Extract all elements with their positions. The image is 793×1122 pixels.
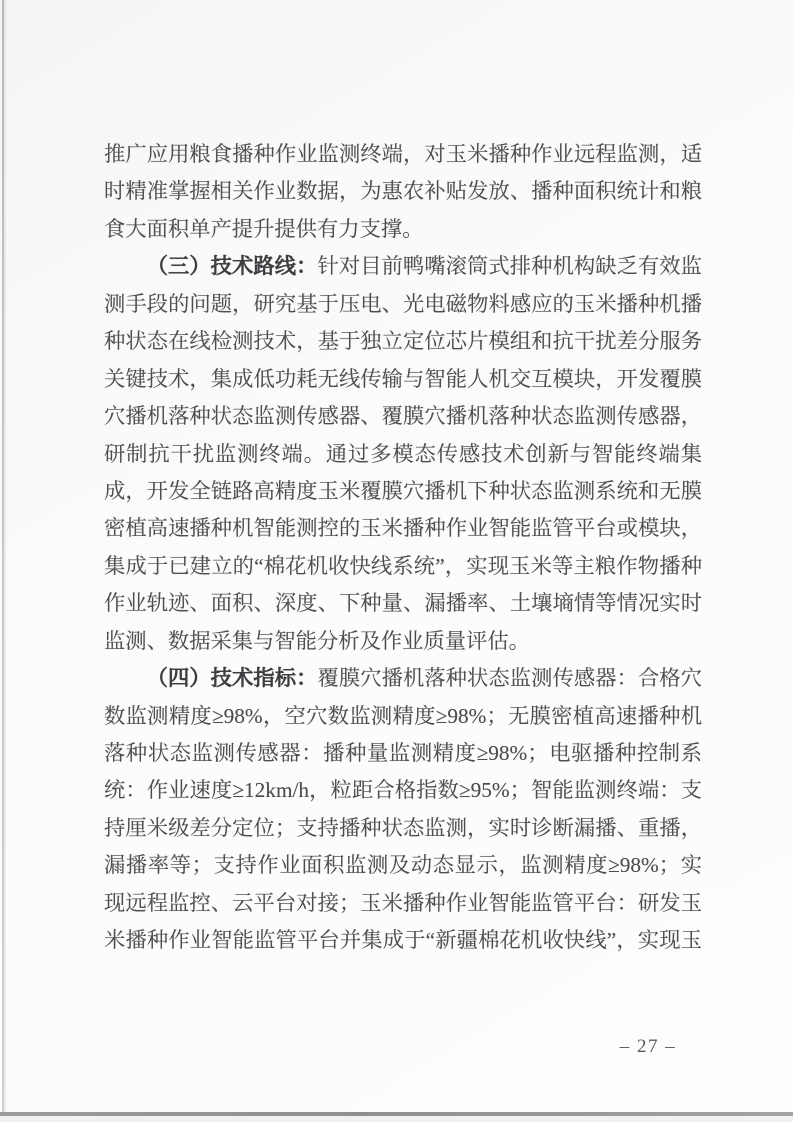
text-line: 米播种作业智能监管平台并集成于“新疆棉花机收快线”，实现玉 <box>104 922 702 959</box>
text-line: 密植高速播种机智能测控的玉米播种作业智能监管平台或模块， <box>104 510 702 547</box>
document-body: 推广应用粮食播种作业监测终端，对玉米播种作业远程监测，适 时精准掌握相关作业数据… <box>104 136 702 960</box>
text-line: 穴播机落种状态监测传感器、覆膜穴播机落种状态监测传感器， <box>104 398 702 435</box>
line-text: 现远程监控、云平台对接；玉米播种作业智能监管平台：研发玉 <box>104 891 702 915</box>
line-text: 研制抗干扰监测终端。通过多模态传感技术创新与智能终端集 <box>104 442 702 466</box>
line-text: 统：作业速度≥12km/h，粒距合格指数≥95%；智能监测终端：支 <box>104 778 702 802</box>
text-line: 推广应用粮食播种作业监测终端，对玉米播种作业远程监测，适 <box>104 136 702 173</box>
text-line: 现远程监控、云平台对接；玉米播种作业智能监管平台：研发玉 <box>104 885 702 922</box>
scan-edge-bottom-margin <box>0 1116 793 1122</box>
text-line: 成，开发全链路高精度玉米覆膜穴播机下种状态监测系统和无膜 <box>104 473 702 510</box>
scan-edge-left-shadow <box>4 0 7 1112</box>
line-text: 覆膜穴播机落种状态监测传感器：合格穴 <box>318 666 702 690</box>
text-line: 时精准掌握相关作业数据，为惠农补贴发放、播种面积统计和粮 <box>104 173 702 210</box>
line-text: 漏播率等；支持作业面积监测及动态显示，监测精度≥98%；实 <box>104 853 702 877</box>
line-text: 时精准掌握相关作业数据，为惠农补贴发放、播种面积统计和粮 <box>104 179 702 203</box>
text-line: 持厘米级差分定位；支持播种状态监测，实时诊断漏播、重播， <box>104 810 702 847</box>
line-text: 数监测精度≥98%，空穴数监测精度≥98%；无膜密植高速播种机 <box>104 704 702 728</box>
text-line: 集成于已建立的“棉花机收快线系统”，实现玉米等主粮作物播种 <box>104 548 702 585</box>
line-text: 落种状态监测传感器：播种量监测精度≥98%；电驱播种控制系 <box>104 741 702 765</box>
text-line: 统：作业速度≥12km/h，粒距合格指数≥95%；智能监测终端：支 <box>104 772 702 809</box>
text-line: 种状态在线检测技术，基于独立定位芯片模组和抗干扰差分服务 <box>104 323 702 360</box>
text-line: 测手段的问题，研究基于压电、光电磁物料感应的玉米播种机播 <box>104 286 702 323</box>
section-heading-bold: （四）技术指标： <box>147 666 318 690</box>
text-line: 监测、数据采集与智能分析及作业质量评估。 <box>104 623 702 660</box>
line-text: 针对目前鸭嘴滚筒式排种机构缺乏有效监 <box>318 254 702 278</box>
line-text: 集成于已建立的“棉花机收快线系统”，实现玉米等主粮作物播种 <box>104 554 702 578</box>
line-text: 推广应用粮食播种作业监测终端，对玉米播种作业远程监测，适 <box>104 142 702 166</box>
line-text: 米播种作业智能监管平台并集成于“新疆棉花机收快线”，实现玉 <box>104 928 702 952</box>
line-text: 种状态在线检测技术，基于独立定位芯片模组和抗干扰差分服务 <box>104 329 702 353</box>
line-text: 成，开发全链路高精度玉米覆膜穴播机下种状态监测系统和无膜 <box>104 479 702 503</box>
text-line: 关键技术，集成低功耗无线传输与智能人机交互模块，开发覆膜 <box>104 361 702 398</box>
text-line: 作业轨迹、面积、深度、下种量、漏播率、土壤墒情等情况实时 <box>104 585 702 622</box>
text-line-section-heading: （三）技术路线：针对目前鸭嘴滚筒式排种机构缺乏有效监 <box>104 248 702 285</box>
line-text: 监测、数据采集与智能分析及作业质量评估。 <box>104 629 530 653</box>
page-number: – 27 – <box>600 1036 696 1058</box>
line-text: 穴播机落种状态监测传感器、覆膜穴播机落种状态监测传感器， <box>104 404 702 428</box>
text-line: 漏播率等；支持作业面积监测及动态显示，监测精度≥98%；实 <box>104 847 702 884</box>
line-text: 关键技术，集成低功耗无线传输与智能人机交互模块，开发覆膜 <box>104 367 702 391</box>
text-line: 食大面积单产提升提供有力支撑。 <box>104 211 702 248</box>
line-text: 作业轨迹、面积、深度、下种量、漏播率、土壤墒情等情况实时 <box>104 591 702 615</box>
text-line-section-heading: （四）技术指标：覆膜穴播机落种状态监测传感器：合格穴 <box>104 660 702 697</box>
line-text: 测手段的问题，研究基于压电、光电磁物料感应的玉米播种机播 <box>104 292 702 316</box>
text-line: 研制抗干扰监测终端。通过多模态传感技术创新与智能终端集 <box>104 436 702 473</box>
text-line: 数监测精度≥98%，空穴数监测精度≥98%；无膜密植高速播种机 <box>104 698 702 735</box>
line-text: 食大面积单产提升提供有力支撑。 <box>104 217 423 241</box>
line-text: 密植高速播种机智能测控的玉米播种作业智能监管平台或模块， <box>104 516 702 540</box>
text-line: 落种状态监测传感器：播种量监测精度≥98%；电驱播种控制系 <box>104 735 702 772</box>
line-text: 持厘米级差分定位；支持播种状态监测，实时诊断漏播、重播， <box>104 816 702 840</box>
section-heading-bold: （三）技术路线： <box>147 254 318 278</box>
document-page: 推广应用粮食播种作业监测终端，对玉米播种作业远程监测，适 时精准掌握相关作业数据… <box>0 0 793 1122</box>
